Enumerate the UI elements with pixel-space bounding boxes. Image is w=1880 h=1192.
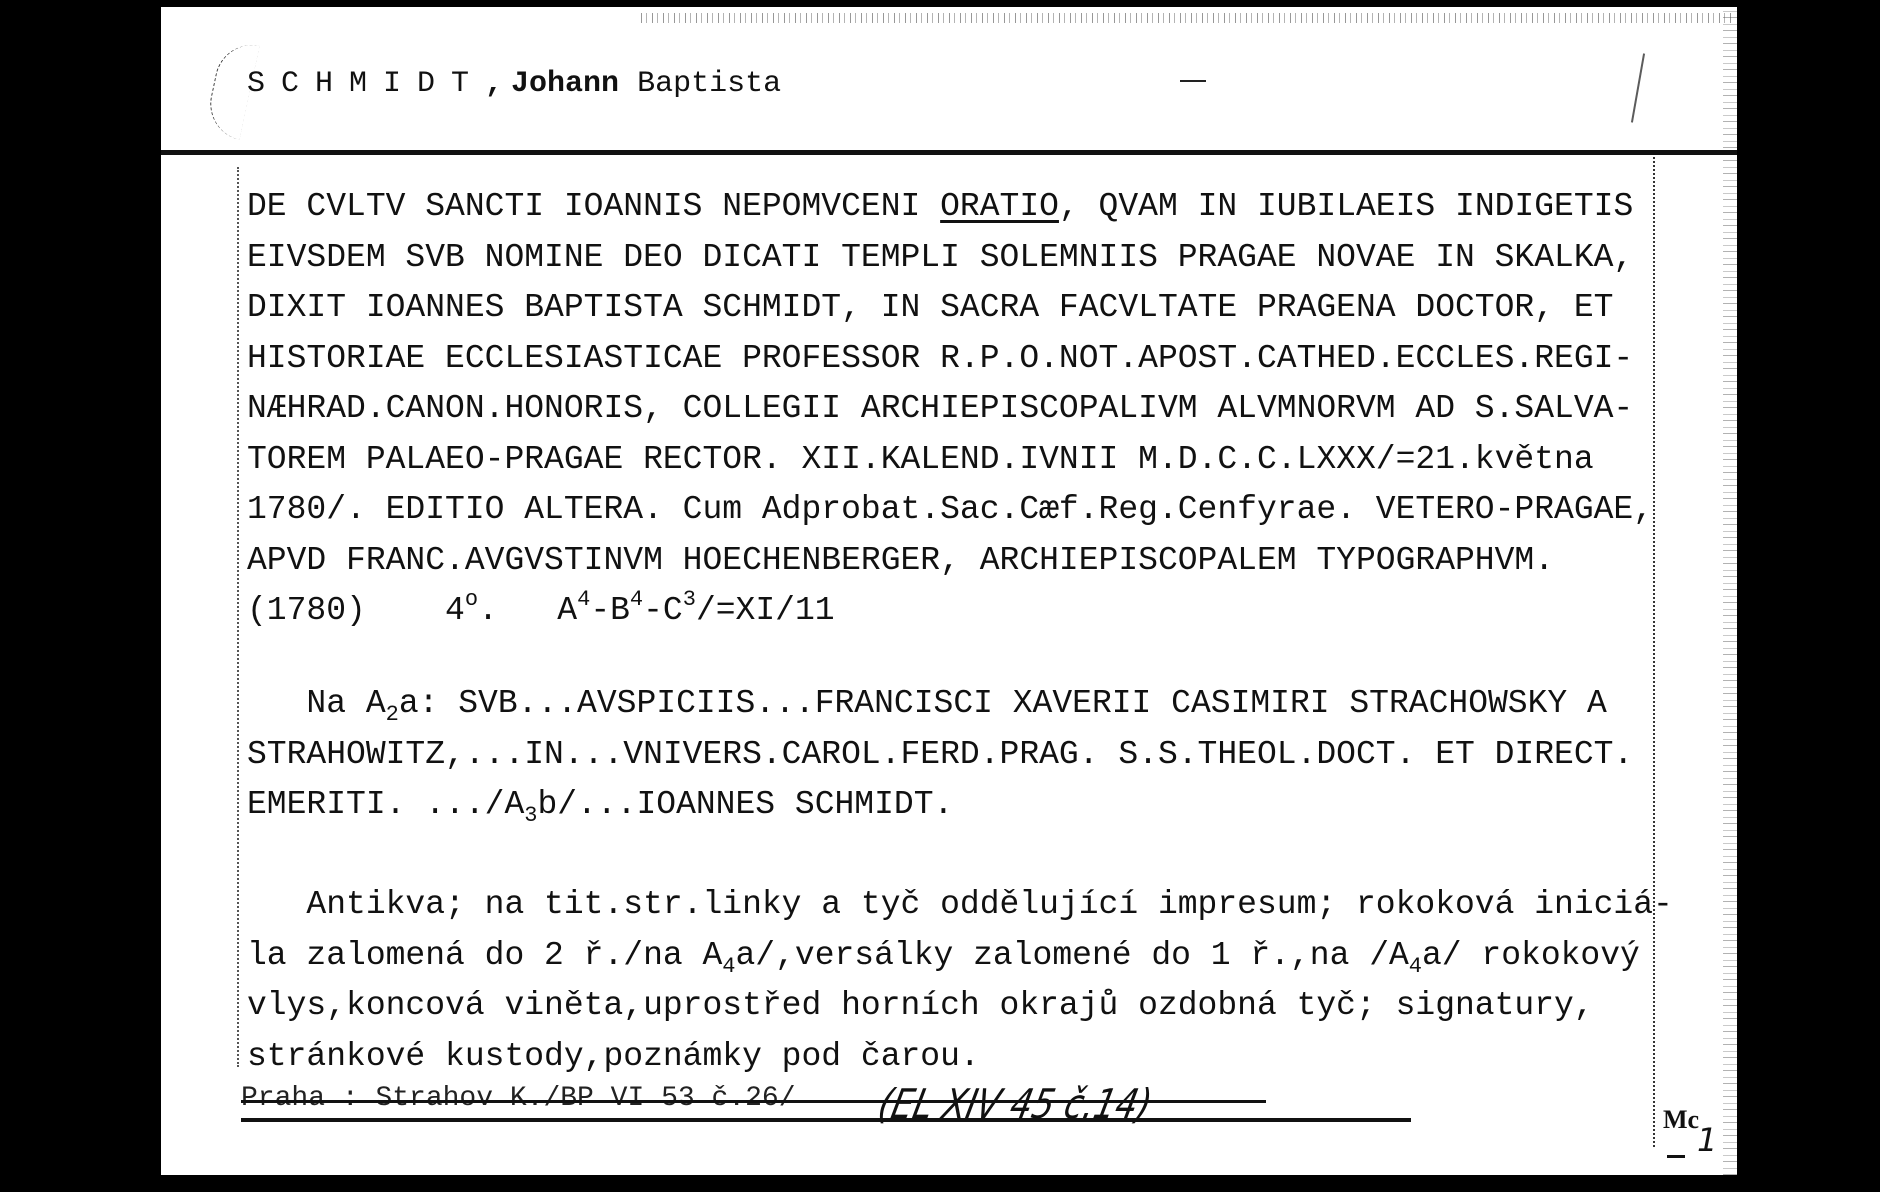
struck-location-shelfmark: Praha : Strahov K./BP VI 53 č.26/: [241, 1083, 796, 1114]
scan-noise-top: [641, 13, 1731, 23]
author-surname: SCHMIDT: [247, 67, 485, 101]
card-heading: SCHMIDT,JohannBaptista: [247, 67, 781, 101]
dedication-line: EMERITI. .../A3b/...IOANNES SCHMIDT.: [247, 780, 1633, 831]
corner-mark-dash: [1667, 1155, 1685, 1158]
author-middle-name: Baptista: [637, 67, 781, 101]
title-line: DE CVLTV SANCTI IOANNIS NEPOMVCENI ORATI…: [247, 182, 1653, 233]
strikethrough-line: [241, 1118, 1411, 1122]
title-line: HISTORIAE ECCLESIASTICAE PROFESSOR R.P.O…: [247, 334, 1653, 385]
scan-noise-right: [1723, 7, 1737, 1175]
signatures: A4-B4-C3/=XI/11: [557, 592, 834, 629]
dedication-note: Na A2a: SVB...AVSPICIIS...FRANCISCI XAVE…: [247, 679, 1633, 831]
dedication-line: Na A2a: SVB...AVSPICIIS...FRANCISCI XAVE…: [247, 679, 1633, 730]
title-line: 1780/. EDITIO ALTERA. Cum Adprobat.Sac.C…: [247, 485, 1653, 536]
strikethrough-line: [241, 1100, 1266, 1103]
pencil-check-mark: [1631, 53, 1645, 122]
title-line: EIVSDEM SVB NOMINE DEO DICATI TEMPLI SOL…: [247, 233, 1653, 284]
description-line: vlys,koncová viněta,uprostřed horních ok…: [247, 981, 1673, 1032]
header-rule: [161, 150, 1737, 155]
pencil-dash-mark: [1180, 80, 1206, 82]
dedication-line: STRAHOWITZ,...IN...VNIVERS.CAROL.FERD.PR…: [247, 730, 1633, 781]
physical-description: Antikva; na tit.str.linky a tyč oddělují…: [247, 880, 1673, 1082]
title-line: APVD FRANC.AVGVSTINVM HOECHENBERGER, ARC…: [247, 536, 1653, 587]
year: (1780): [247, 592, 366, 629]
description-line: stránkové kustody,poznámky pod čarou.: [247, 1032, 1673, 1083]
title-line: NÆHRAD.CANON.HONORIS, COLLEGII ARCHIEPIS…: [247, 384, 1653, 435]
format: 4: [445, 592, 465, 629]
title-line: TOREM PALAEO-PRAGAE RECTOR. XII.KALEND.I…: [247, 435, 1653, 486]
author-given-name: Johann: [511, 67, 619, 101]
corner-mark-number: 1: [1697, 1121, 1717, 1159]
left-margin-dotted-line: [237, 167, 239, 1067]
description-line: la zalomená do 2 ř./na A4a/,versálky zal…: [247, 931, 1673, 982]
description-line: Antikva; na tit.str.linky a tyč oddělují…: [247, 880, 1673, 931]
catalog-card: SCHMIDT,JohannBaptista DE CVLTV SANCTI I…: [161, 7, 1737, 1175]
corner-mark-label: Mc: [1663, 1105, 1699, 1135]
underlined-keyword: ORATIO: [940, 188, 1059, 225]
title-line: DIXIT IOANNES BAPTISTA SCHMIDT, IN SACRA…: [247, 283, 1653, 334]
title-transcription: DE CVLTV SANCTI IOANNIS NEPOMVCENI ORATI…: [247, 182, 1653, 637]
heading-comma: ,: [485, 67, 503, 101]
collation-line: (1780) 4o. A4-B4-C3/=XI/11: [247, 586, 1653, 637]
